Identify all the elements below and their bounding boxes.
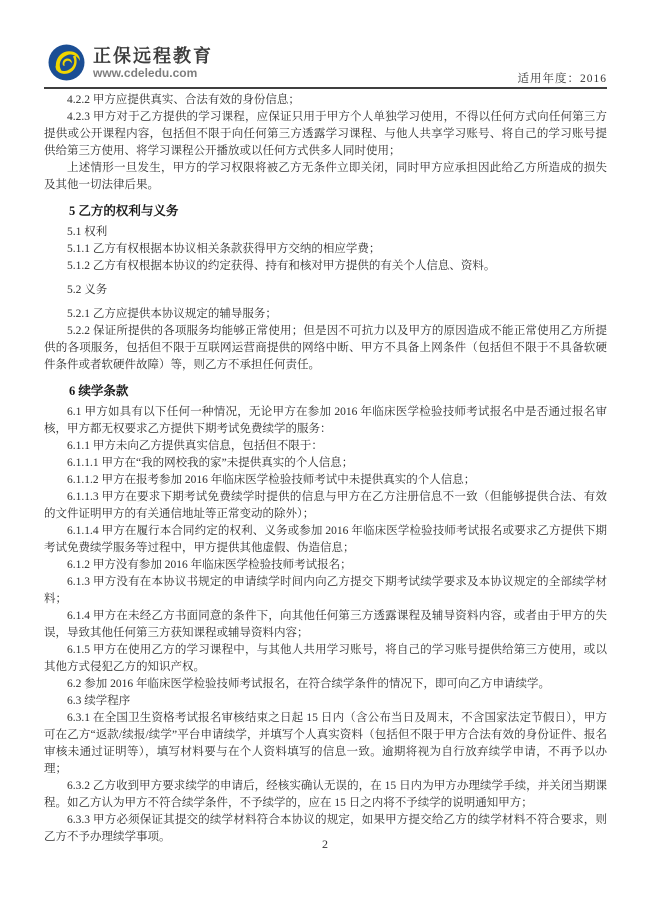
paragraph-6-2: 6.2 参加 2016 年临床医学检验技师考试报名，在符合续学条件的情况下，即可… [44,676,607,693]
section-heading-6: 6 续学条款 [44,383,607,400]
paragraph-6-1: 6.1 甲方如具有以下任何一种情况，无论甲方在参加 2016 年临床医学检验技师… [44,404,607,438]
paragraph-5-2-1: 5.2.1 乙方应提供本协议规定的辅导服务； [44,306,607,323]
paragraph-5-2-2: 5.2.2 保证所提供的各项服务均能够正常使用；但是因不可抗力以及甲方的原因造成… [44,323,607,374]
paragraph-6-1-1-3: 6.1.1.3 甲方在要求下期考试免费续学时提供的信息与甲方在乙方注册信息不一致… [44,489,607,523]
paragraph-5-1: 5.1 权利 [44,224,607,241]
paragraph-6-3: 6.3 续学程序 [44,693,607,710]
paragraph-6-3-1: 6.3.1 在全国卫生资格考试报名审核结束之日起 15 日内（含公布当日及周末，… [44,710,607,778]
paragraph-4-2-3-note: 上述情形一旦发生，甲方的学习权限将被乙方无条件立即关闭，同时甲方应承担因此给乙方… [44,160,607,194]
contract-body: 4.2.2 甲方应提供真实、合法有效的身份信息； 4.2.3 甲方对于乙方提供的… [44,92,607,846]
brand-logo: 正保远程教育 www.cdeledu.com [48,44,213,81]
paragraph-6-1-4: 6.1.4 甲方在未经乙方书面同意的条件下，向其他任何第三方透露课程及辅导资料内… [44,608,607,642]
paragraph-6-1-1-2: 6.1.1.2 甲方在报考参加 2016 年临床医学检验技师考试中未提供真实的个… [44,472,607,489]
applicable-year-label: 适用年度：2016 [518,70,608,86]
paragraph-6-1-1-1: 6.1.1.1 甲方在“我的网校我的家”未提供真实的个人信息； [44,455,607,472]
brand-name: 正保远程教育 [93,46,213,66]
brand-text-block: 正保远程教育 www.cdeledu.com [93,46,213,80]
page-header: 正保远程教育 www.cdeledu.com 适用年度：2016 [44,44,607,88]
zhengbao-swirl-logo-icon [48,44,85,81]
paragraph-6-1-2: 6.1.2 甲方没有参加 2016 年临床医学检验技师考试报名； [44,557,607,574]
paragraph-6-1-1: 6.1.1 甲方未向乙方提供真实信息，包括但不限于： [44,438,607,455]
paragraph-6-3-2: 6.3.2 乙方收到甲方要求续学的申请后，经核实确认无误的，在 15 日内为甲方… [44,778,607,812]
paragraph-4-2-3: 4.2.3 甲方对于乙方提供的学习课程，应保证只用于甲方个人单独学习使用，不得以… [44,109,607,160]
paragraph-6-1-3: 6.1.3 甲方没有在本协议书规定的申请续学时间内向乙方提交下期考试续学要求及本… [44,574,607,608]
document-page: 正保远程教育 www.cdeledu.com 适用年度：2016 4.2.2 甲… [0,0,650,919]
section-heading-5: 5 乙方的权利与义务 [44,203,607,220]
paragraph-5-1-1: 5.1.1 乙方有权根据本协议相关条款获得甲方交纳的相应学费； [44,241,607,258]
paragraph-6-1-5: 6.1.5 甲方在使用乙方的学习课程中，与其他人共用学习账号，将自己的学习账号提… [44,642,607,676]
header-divider [44,87,607,89]
page-number: 2 [0,837,650,852]
paragraph-5-1-2: 5.1.2 乙方有权根据本协议的约定获得、持有和核对甲方提供的有关个人信息、资料… [44,258,607,275]
paragraph-5-2: 5.2 义务 [44,282,607,299]
brand-url: www.cdeledu.com [93,66,213,80]
paragraph-4-2-2: 4.2.2 甲方应提供真实、合法有效的身份信息； [44,92,607,109]
paragraph-6-1-1-4: 6.1.1.4 甲方在履行本合同约定的权利、义务或参加 2016 年临床医学检验… [44,523,607,557]
